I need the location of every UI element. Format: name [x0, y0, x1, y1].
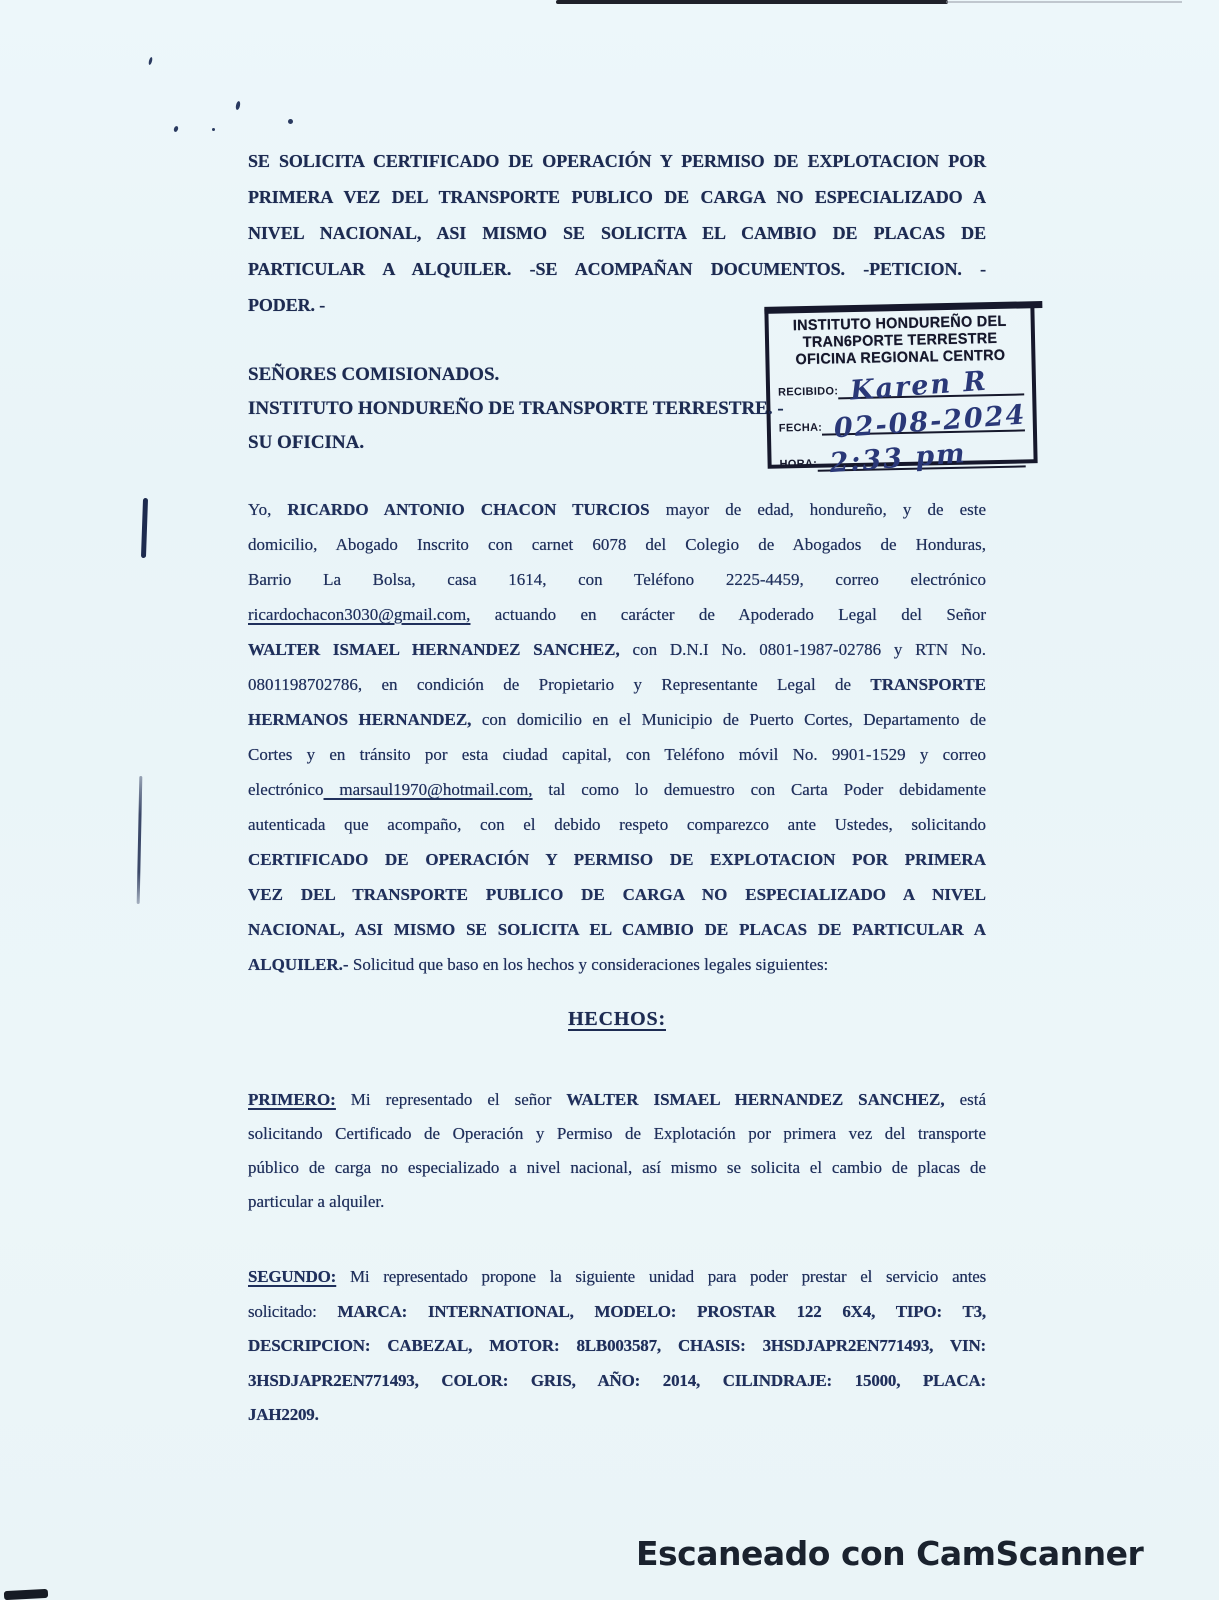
- segundo-line: 3HSDJAPR2EN771493, COLOR: GRIS, AÑO: 201…: [248, 1364, 986, 1399]
- intro-paragraph: Yo, RICARDO ANTONIO CHACON TURCIOS mayor…: [248, 492, 986, 982]
- scan-speck: [173, 125, 179, 132]
- intro-line: ricardochacon3030@gmail.com, actuando en…: [248, 597, 986, 632]
- segundo-line: JAH2209.: [248, 1398, 986, 1433]
- intro-line: Yo, RICARDO ANTONIO CHACON TURCIOS mayor…: [248, 492, 986, 527]
- scan-artifact-bottom-left: [4, 1589, 48, 1600]
- camscanner-footer-text: Escaneado con CamScanner: [636, 1534, 1143, 1573]
- segundo-paragraph: SEGUNDO: Mi representado propone la sigu…: [248, 1260, 986, 1433]
- scan-artifact-top-edge-faint: [946, 1, 1182, 3]
- pen-mark-left-margin-1: [141, 498, 148, 558]
- intro-line: HERMANOS HERNANDEZ, con domicilio en el …: [248, 702, 986, 737]
- primero-line: PRIMERO: Mi representado el señor WALTER…: [248, 1083, 986, 1117]
- hechos-heading: HECHOS:: [248, 1008, 986, 1031]
- subject-line: NIVEL NACIONAL, ASI MISMO SE SOLICITA EL…: [248, 215, 986, 251]
- subject-line: SE SOLICITA CERTIFICADO DE OPERACIÓN Y P…: [248, 143, 986, 179]
- intro-line: VEZ DEL TRANSPORTE PUBLICO DE CARGA NO E…: [248, 877, 986, 912]
- scan-speck: [288, 119, 293, 124]
- subject-line: PRIMERA VEZ DEL TRANSPORTE PUBLICO DE CA…: [248, 179, 986, 215]
- segundo-line: DESCRIPCION: CABEZAL, MOTOR: 8LB003587, …: [248, 1329, 986, 1364]
- intro-line: Barrio La Bolsa, casa 1614, con Teléfono…: [248, 562, 986, 597]
- intro-line: CERTIFICADO DE OPERACIÓN Y PERMISO DE EX…: [248, 842, 986, 877]
- scan-speck: [235, 101, 241, 111]
- scan-speck: [212, 128, 215, 131]
- intro-line: 0801198702786, en condición de Propietar…: [248, 667, 986, 702]
- intro-line: WALTER ISMAEL HERNANDEZ SANCHEZ, con D.N…: [248, 632, 986, 667]
- subject-heading: SE SOLICITA CERTIFICADO DE OPERACIÓN Y P…: [248, 143, 986, 323]
- subject-line: PARTICULAR A ALQUILER. -SE ACOMPAÑAN DOC…: [248, 251, 986, 287]
- primero-line: particular a alquiler.: [248, 1185, 986, 1219]
- scan-artifact-top-edge: [556, 0, 948, 4]
- pen-mark-left-margin-2: [137, 776, 143, 904]
- scan-speck: [148, 57, 153, 66]
- primero-line: público de carga no especializado a nive…: [248, 1151, 986, 1185]
- segundo-line: SEGUNDO: Mi representado propone la sigu…: [248, 1260, 986, 1295]
- intro-line: electrónico marsaul1970@hotmail.com, tal…: [248, 772, 986, 807]
- addressee-block: SEÑORES COMISIONADOS. INSTITUTO HONDUREÑ…: [248, 358, 986, 460]
- primero-line: solicitando Certificado de Operación y P…: [248, 1117, 986, 1151]
- addressee-line: INSTITUTO HONDUREÑO DE TRANSPORTE TERRES…: [248, 392, 986, 426]
- hechos-title: HECHOS:: [568, 1008, 666, 1030]
- intro-line: NACIONAL, ASI MISMO SE SOLICITA EL CAMBI…: [248, 912, 986, 947]
- addressee-line: SU OFICINA.: [248, 426, 986, 460]
- document-page: SE SOLICITA CERTIFICADO DE OPERACIÓN Y P…: [0, 0, 1219, 1600]
- intro-line: autenticada que acompaño, con el debido …: [248, 807, 986, 842]
- primero-paragraph: PRIMERO: Mi representado el señor WALTER…: [248, 1083, 986, 1219]
- intro-line: domicilio, Abogado Inscrito con carnet 6…: [248, 527, 986, 562]
- addressee-line: SEÑORES COMISIONADOS.: [248, 358, 986, 392]
- intro-line: ALQUILER.- Solicitud que baso en los hec…: [248, 947, 986, 982]
- intro-line: Cortes y en tránsito por esta ciudad cap…: [248, 737, 986, 772]
- segundo-line: solicitado: MARCA: INTERNATIONAL, MODELO…: [248, 1295, 986, 1330]
